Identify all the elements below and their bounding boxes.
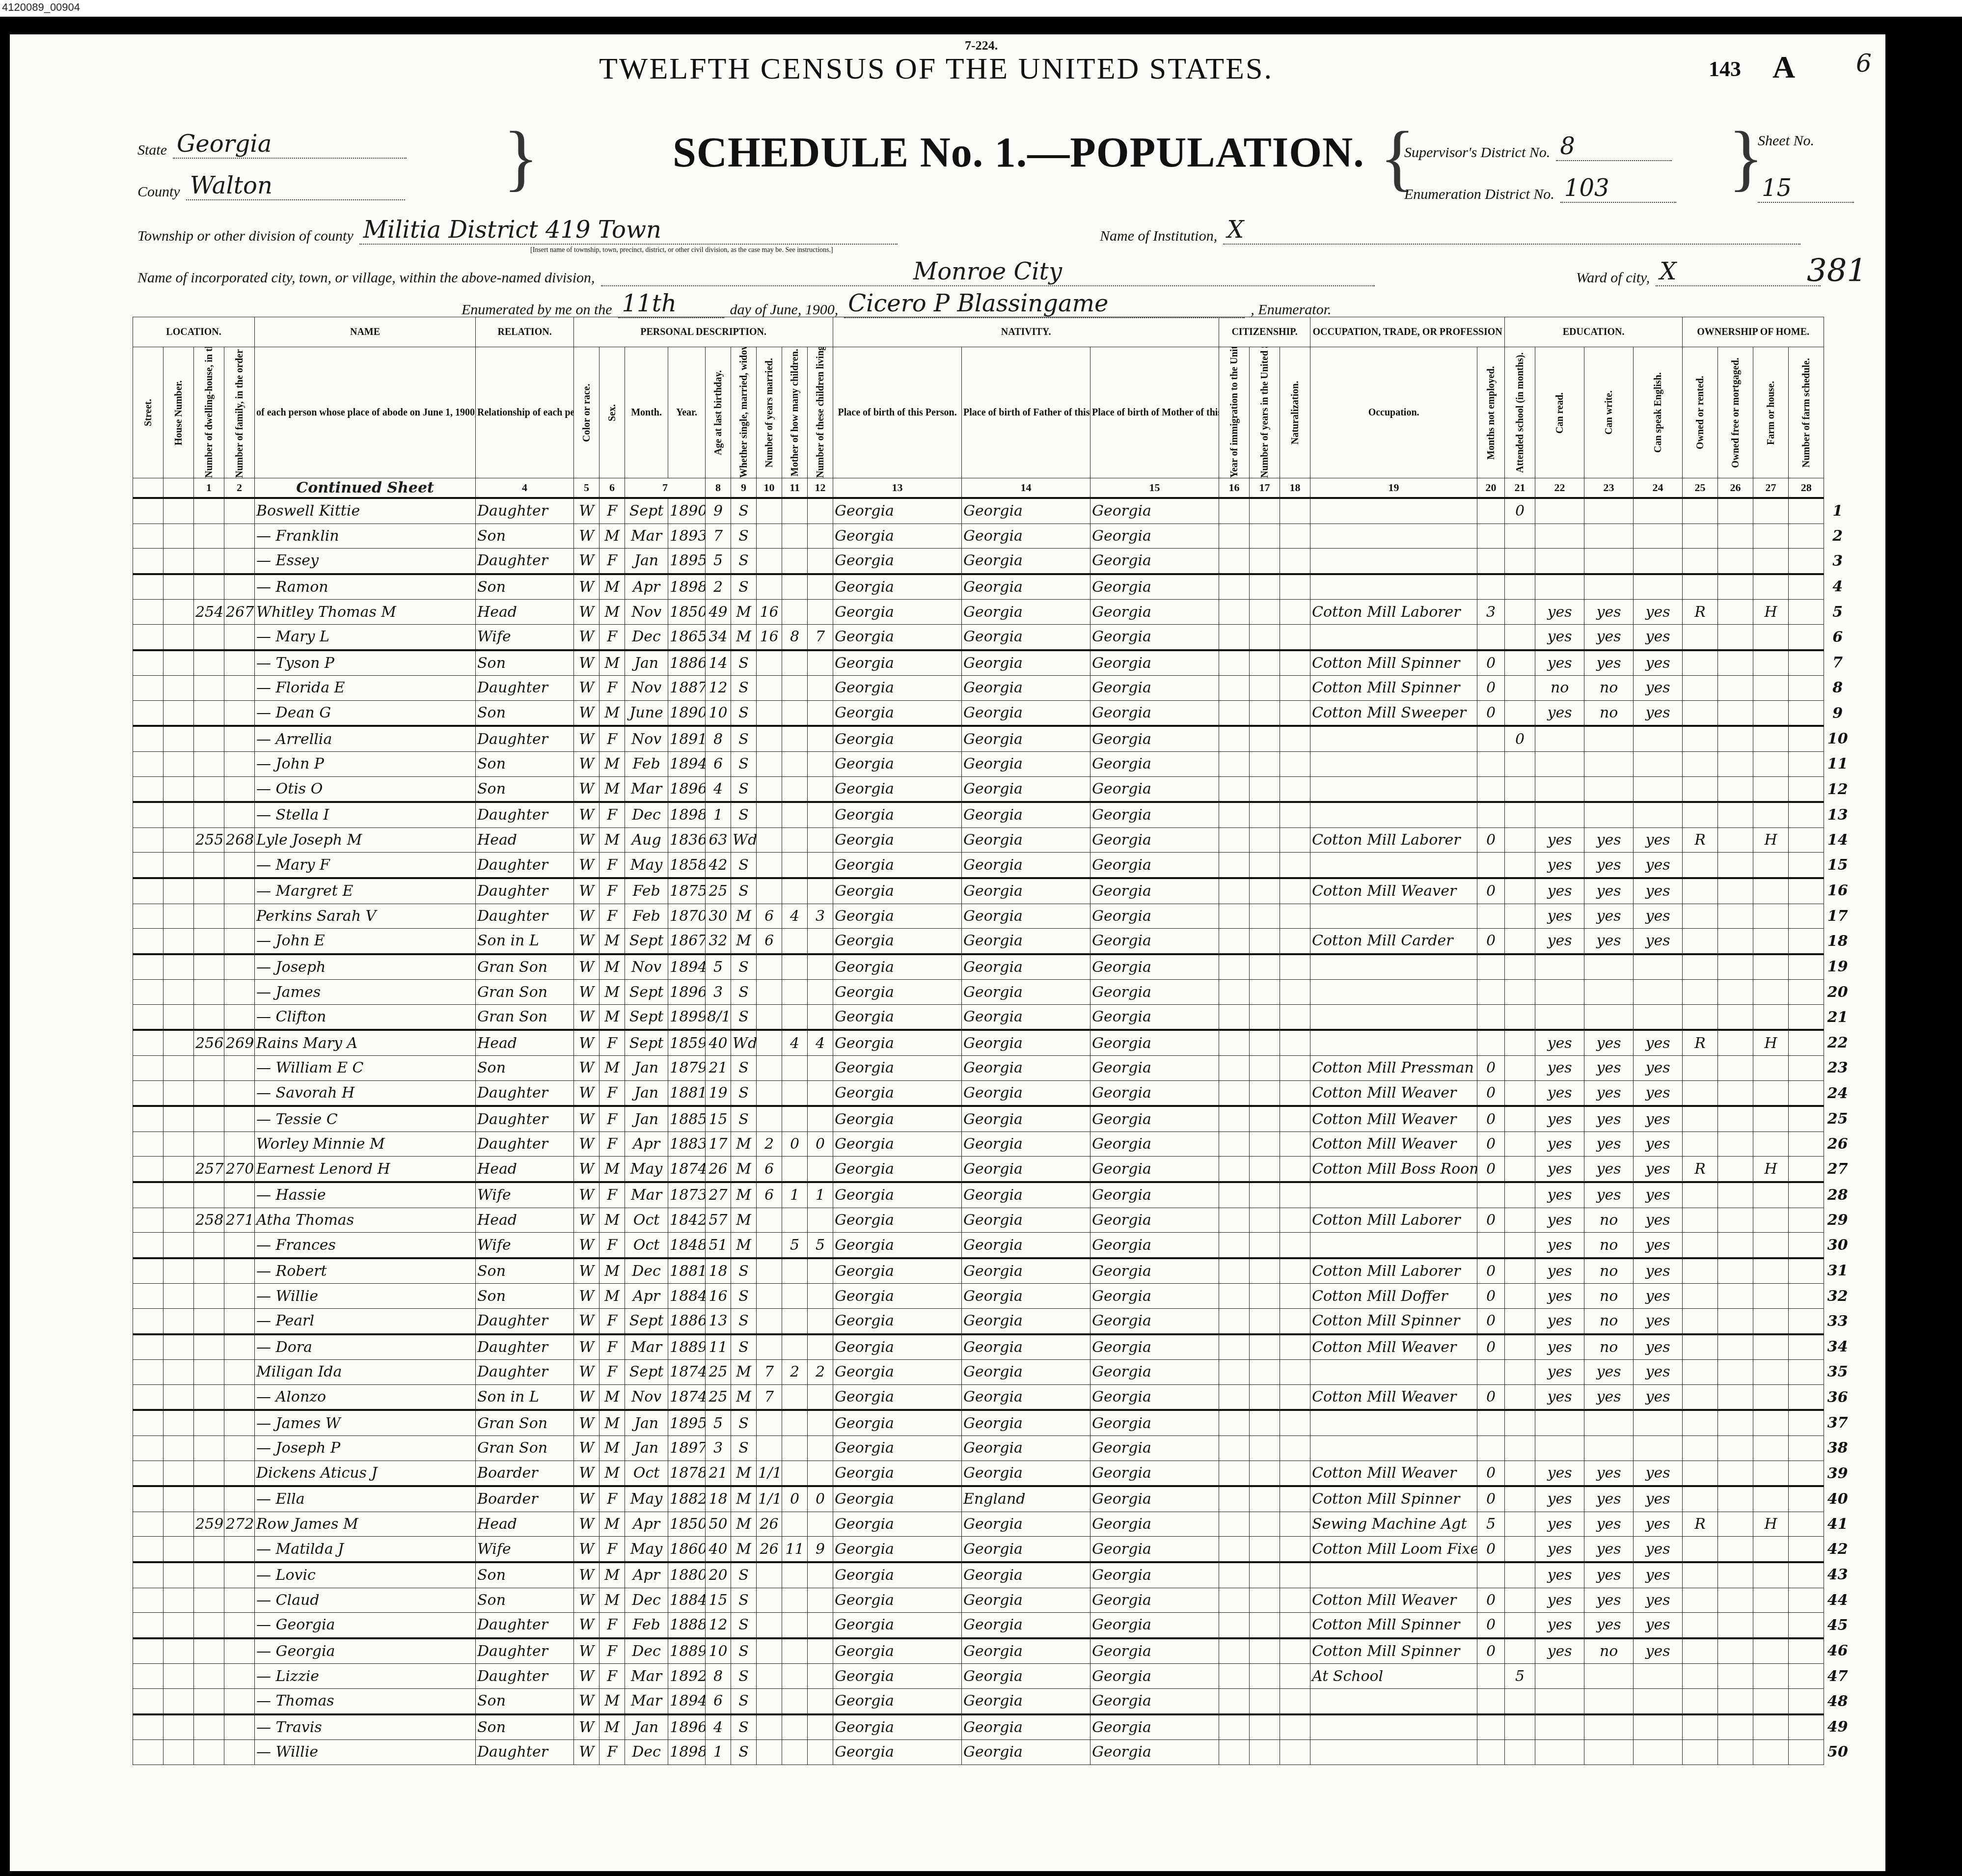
farm-house [1753,1486,1789,1512]
empty-cell [133,574,163,600]
table-row: — ArrelliaDaughterWFNov18918SGeorgiaGeor… [133,726,1852,751]
mother-of-children: 1 [782,1182,808,1208]
relation: Son [476,1588,574,1613]
can-speak-english: yes [1634,650,1683,676]
birth-month: Nov [625,726,668,751]
empty-cell [163,1664,194,1689]
mother-of-children [782,1435,808,1461]
empty-cell [1219,1384,1250,1410]
can-read: yes [1535,878,1584,904]
sex: M [599,1284,625,1309]
colnum: 15 [1090,478,1219,498]
empty-cell [1219,1613,1250,1638]
months-unemployed [1477,726,1505,751]
color-race: W [574,1233,599,1258]
relation: Daughter [476,1638,574,1664]
owned-rented [1683,650,1718,676]
line-number: 32 [1824,1284,1852,1309]
attended-school: 0 [1505,726,1535,751]
can-write: yes [1584,1080,1634,1106]
can-read: yes [1535,624,1584,650]
marital-status: Wd [731,1030,757,1055]
color-race: W [574,1588,599,1613]
birthplace-father: Georgia [962,1004,1090,1030]
age: 25 [706,1384,731,1410]
owned-rented [1683,1384,1718,1410]
person-name: Whitley Thomas M [255,600,476,625]
months-unemployed: 0 [1477,878,1505,904]
empty-cell [1280,726,1310,751]
family-number [224,1537,255,1562]
colnum: 9 [731,478,757,498]
group-occupation: OCCUPATION, TRADE, OR PROFESSION [1310,317,1505,347]
age: 1 [706,802,731,828]
empty-cell [1280,524,1310,549]
can-read [1535,1688,1584,1714]
color-race: W [574,524,599,549]
person-name: — Tessie C [255,1106,476,1131]
sex: F [599,878,625,904]
occupation [1310,1714,1477,1740]
empty-cell [1789,600,1824,625]
birthplace-person: Georgia [833,980,962,1005]
birthplace-mother: Georgia [1090,1030,1219,1055]
empty-cell [1219,853,1250,878]
months-unemployed [1477,1688,1505,1714]
table-row: Worley Minnie MDaughterWFApr188317M200Ge… [133,1131,1852,1157]
birth-month: Dec [625,1740,668,1765]
colnum: 23 [1584,478,1634,498]
empty-cell [1280,549,1310,574]
months-unemployed [1477,1004,1505,1030]
empty-cell [1219,498,1250,524]
person-name: — Matilda J [255,1537,476,1562]
family-number [224,1360,255,1385]
mother-of-children [782,1309,808,1334]
can-write: yes [1584,1056,1634,1081]
owned-free [1718,980,1753,1005]
can-write: yes [1584,650,1634,676]
colnum: 10 [757,478,782,498]
marital-status: S [731,700,757,726]
years-married: 26 [757,1537,782,1562]
family-number [224,1056,255,1081]
dwelling-number [194,1486,224,1512]
table-row: — James WGran SonWMJan18955SGeorgiaGeorg… [133,1410,1852,1435]
empty-cell [1219,776,1250,802]
age: 63 [706,828,731,853]
empty-cell [163,904,194,929]
empty-cell [163,1360,194,1385]
owned-rented [1683,1714,1718,1740]
empty-cell [1250,1208,1280,1233]
birthplace-person: Georgia [833,1664,962,1689]
marital-status: S [731,498,757,524]
table-row: — RamonSonWMApr18982SGeorgiaGeorgiaGeorg… [133,574,1852,600]
years-married [757,1613,782,1638]
can-write: yes [1584,1613,1634,1638]
months-unemployed: 0 [1477,1284,1505,1309]
dwelling-number [194,1131,224,1157]
dwelling-number [194,751,224,776]
birthplace-father: Georgia [962,498,1090,524]
years-married [757,776,782,802]
can-read: yes [1535,1638,1584,1664]
birthplace-person: Georgia [833,1106,962,1131]
empty-cell [1280,1309,1310,1334]
farm-house [1753,1688,1789,1714]
marital-status: S [731,1664,757,1689]
birthplace-mother: Georgia [1090,1208,1219,1233]
line-number: 3 [1824,549,1852,574]
age: 42 [706,853,731,878]
years-married [757,574,782,600]
empty-cell [1250,954,1280,980]
relation: Boarder [476,1486,574,1512]
sex: M [599,1004,625,1030]
birthplace-mother: Georgia [1090,498,1219,524]
family-number [224,1080,255,1106]
birth-month: Apr [625,1131,668,1157]
empty-cell [133,524,163,549]
color-race: W [574,1562,599,1588]
owned-free [1718,1562,1753,1588]
relation: Boarder [476,1461,574,1486]
age: 51 [706,1233,731,1258]
can-speak-english [1634,1714,1683,1740]
line-number: 25 [1824,1106,1852,1131]
marital-status: S [731,726,757,751]
birthplace-mother: Georgia [1090,878,1219,904]
owned-rented [1683,1080,1718,1106]
empty-cell [1219,1106,1250,1131]
table-row: — PearlDaughterWFSept188613SGeorgiaGeorg… [133,1309,1852,1334]
birthplace-person: Georgia [833,1435,962,1461]
attended-school [1505,1740,1535,1765]
empty-cell [133,549,163,574]
birth-month: Mar [625,1688,668,1714]
age: 16 [706,1284,731,1309]
age: 25 [706,878,731,904]
birthplace-father: Georgia [962,726,1090,751]
owned-rented [1683,776,1718,802]
mother-of-children [782,726,808,751]
color-race: W [574,1486,599,1512]
can-speak-english [1634,524,1683,549]
can-read [1535,1740,1584,1765]
table-row: — TravisSonWMJan18964SGeorgiaGeorgiaGeor… [133,1714,1852,1740]
marital-status: M [731,1384,757,1410]
can-write [1584,776,1634,802]
family-number [224,954,255,980]
can-write: yes [1584,1486,1634,1512]
attended-school [1505,1030,1535,1055]
sex: F [599,1030,625,1055]
birth-year: 1898 [668,574,706,600]
birthplace-person: Georgia [833,954,962,980]
birthplace-father: Georgia [962,1588,1090,1613]
color-race: W [574,498,599,524]
person-name: — Lovic [255,1562,476,1588]
marital-status: S [731,549,757,574]
family-number [224,904,255,929]
owned-rented [1683,1537,1718,1562]
empty-cell [163,853,194,878]
empty-cell [1789,1410,1824,1435]
attended-school [1505,1410,1535,1435]
marital-status: S [731,1435,757,1461]
occupation: Cotton Mill Spinner [1310,676,1477,701]
owned-rented [1683,1435,1718,1461]
family-number [224,1638,255,1664]
attended-school [1505,1360,1535,1385]
empty-cell [1250,1233,1280,1258]
farm-house [1753,1714,1789,1740]
empty-cell [1789,802,1824,828]
dwelling-number: 256 [194,1030,224,1055]
birthplace-person: Georgia [833,1233,962,1258]
empty-cell [163,524,194,549]
owned-rented [1683,929,1718,954]
marital-status: S [731,802,757,828]
sex: M [599,524,625,549]
sex: F [599,1613,625,1638]
ward-field: Ward of city, X [1576,258,1821,286]
can-read [1535,1714,1584,1740]
birth-month: May [625,1486,668,1512]
occupation: Cotton Mill Laborer [1310,828,1477,853]
line-number: 22 [1824,1030,1852,1055]
owned-free [1718,1106,1753,1131]
group-relation: RELATION. [476,317,574,347]
owned-rented [1683,751,1718,776]
empty-cell [163,1182,194,1208]
birth-year: 1897 [668,1435,706,1461]
empty-cell [133,1486,163,1512]
relation: Son in L [476,929,574,954]
farm-house [1753,624,1789,650]
birth-month: Dec [625,1638,668,1664]
age: 5 [706,549,731,574]
can-speak-english [1634,1664,1683,1689]
marital-status: S [731,1309,757,1334]
birthplace-father: Georgia [962,853,1090,878]
empty-cell [1219,929,1250,954]
attended-school [1505,802,1535,828]
birth-year: 1891 [668,726,706,751]
color-race: W [574,726,599,751]
empty-cell [1280,1056,1310,1081]
age: 32 [706,929,731,954]
dwelling-number: 259 [194,1512,224,1537]
occupation: Cotton Mill Spinner [1310,650,1477,676]
empty-cell [133,1004,163,1030]
sex: F [599,1131,625,1157]
empty-cell [163,751,194,776]
mother-of-children [782,1384,808,1410]
institution-value: X [1223,216,1800,245]
empty-cell [1250,1182,1280,1208]
colnum: 14 [962,478,1090,498]
table-row: — GeorgiaDaughterWFDec188910SGeorgiaGeor… [133,1638,1852,1664]
line-number: 29 [1824,1208,1852,1233]
can-write: yes [1584,1537,1634,1562]
farm-house [1753,1562,1789,1588]
empty-cell [163,1233,194,1258]
color-race: W [574,904,599,929]
sex: F [599,1740,625,1765]
empty-cell [163,1714,194,1740]
empty-cell [1280,650,1310,676]
mother-of-children [782,650,808,676]
birthplace-person: Georgia [833,929,962,954]
empty-cell [163,929,194,954]
sex: M [599,1258,625,1284]
empty-cell [1789,549,1824,574]
can-write: yes [1584,904,1634,929]
birthplace-father: Georgia [962,700,1090,726]
occupation: Cotton Mill Laborer [1310,1208,1477,1233]
owned-free [1718,751,1753,776]
occupation [1310,524,1477,549]
mother-of-children [782,1588,808,1613]
relation: Gran Son [476,1435,574,1461]
empty-cell [133,1258,163,1284]
empty-cell [133,1233,163,1258]
empty-cell [1280,1461,1310,1486]
birth-year: 1896 [668,776,706,802]
table-row: — LizzieDaughterWFMar18928SGeorgiaGeorgi… [133,1664,1852,1689]
image-id: 4120089_00904 [2,1,80,14]
person-name: Row James M [255,1512,476,1537]
birthplace-father: Georgia [962,1157,1090,1182]
owned-free [1718,676,1753,701]
colnum: 5 [574,478,599,498]
empty-cell [163,1613,194,1638]
mother-of-children [782,776,808,802]
birthplace-person: Georgia [833,878,962,904]
empty-cell [1789,853,1824,878]
birthplace-father: Georgia [962,1080,1090,1106]
family-number [224,1384,255,1410]
color-race: W [574,1638,599,1664]
empty-cell [133,878,163,904]
color-race: W [574,1056,599,1081]
sex: M [599,1410,625,1435]
person-name: — William E C [255,1056,476,1081]
color-race: W [574,980,599,1005]
birth-year: 1895 [668,1410,706,1435]
months-unemployed [1477,1182,1505,1208]
years-married [757,1030,782,1055]
marital-status: M [731,1208,757,1233]
years-married [757,524,782,549]
line-number: 11 [1824,751,1852,776]
can-write: yes [1584,1461,1634,1486]
birthplace-person: Georgia [833,600,962,625]
farm-house [1753,1664,1789,1689]
empty-cell [1789,1613,1824,1638]
col-family: Number of family, in the order of visita… [224,347,255,478]
can-write [1584,751,1634,776]
sex: F [599,498,625,524]
can-read: yes [1535,1309,1584,1334]
relation: Gran Son [476,1410,574,1435]
farm-house [1753,1258,1789,1284]
birth-month: Nov [625,954,668,980]
empty-cell [1219,980,1250,1005]
birthplace-father: Georgia [962,1688,1090,1714]
empty-cell [133,676,163,701]
occupation: Cotton Mill Spinner [1310,1613,1477,1638]
table-row: — Dean GSonWMJune189010SGeorgiaGeorgiaGe… [133,700,1852,726]
attended-school: 5 [1505,1664,1535,1689]
can-speak-english: yes [1634,853,1683,878]
occupation: Cotton Mill Weaver [1310,1334,1477,1360]
birthplace-mother: Georgia [1090,1157,1219,1182]
attended-school [1505,980,1535,1005]
person-name: — Frances [255,1233,476,1258]
marital-status: S [731,1410,757,1435]
birthplace-mother: Georgia [1090,929,1219,954]
relation: Daughter [476,1360,574,1385]
birthplace-person: Georgia [833,776,962,802]
family-number [224,1233,255,1258]
person-name: — Clifton [255,1004,476,1030]
table-row: 256269Rains Mary AHeadWFSept185940Wd44Ge… [133,1030,1852,1055]
children-living [808,676,833,701]
birth-month: Dec [625,1588,668,1613]
table-row: — CliftonGran SonWMSept18998/12SGeorgiaG… [133,1004,1852,1030]
color-race: W [574,1664,599,1689]
farm-house [1753,524,1789,549]
empty-cell [133,802,163,828]
owned-free [1718,498,1753,524]
owned-free [1718,878,1753,904]
empty-cell [133,1740,163,1765]
can-speak-english [1634,776,1683,802]
owned-free [1718,1410,1753,1435]
relation: Daughter [476,726,574,751]
owned-free [1718,1512,1753,1537]
occupation: Cotton Mill Weaver [1310,1080,1477,1106]
empty-cell [1280,1360,1310,1385]
owned-rented [1683,954,1718,980]
empty-cell [1250,498,1280,524]
relation: Son [476,1714,574,1740]
relation: Son [476,1284,574,1309]
empty-cell [1280,929,1310,954]
col-can-read: Can read. [1535,347,1584,478]
colnum: 8 [706,478,731,498]
age: 30 [706,904,731,929]
table-row: 259272Row James MHeadWMApr185050M26Georg… [133,1512,1852,1537]
color-race: W [574,954,599,980]
table-row: — FranklinSonWMMar18937SGeorgiaGeorgiaGe… [133,524,1852,549]
birthplace-mother: Georgia [1090,1258,1219,1284]
relation: Head [476,1512,574,1537]
empty-cell [1789,1258,1824,1284]
mother-of-children [782,828,808,853]
empty-cell [133,1131,163,1157]
supervisor-district-field: Supervisor's District No. 8 [1404,133,1672,161]
empty-cell [1789,904,1824,929]
birth-year: 1873 [668,1182,706,1208]
colnum: 22 [1535,478,1584,498]
birthplace-person: Georgia [833,1638,962,1664]
line-number: 35 [1824,1360,1852,1385]
attended-school [1505,1334,1535,1360]
